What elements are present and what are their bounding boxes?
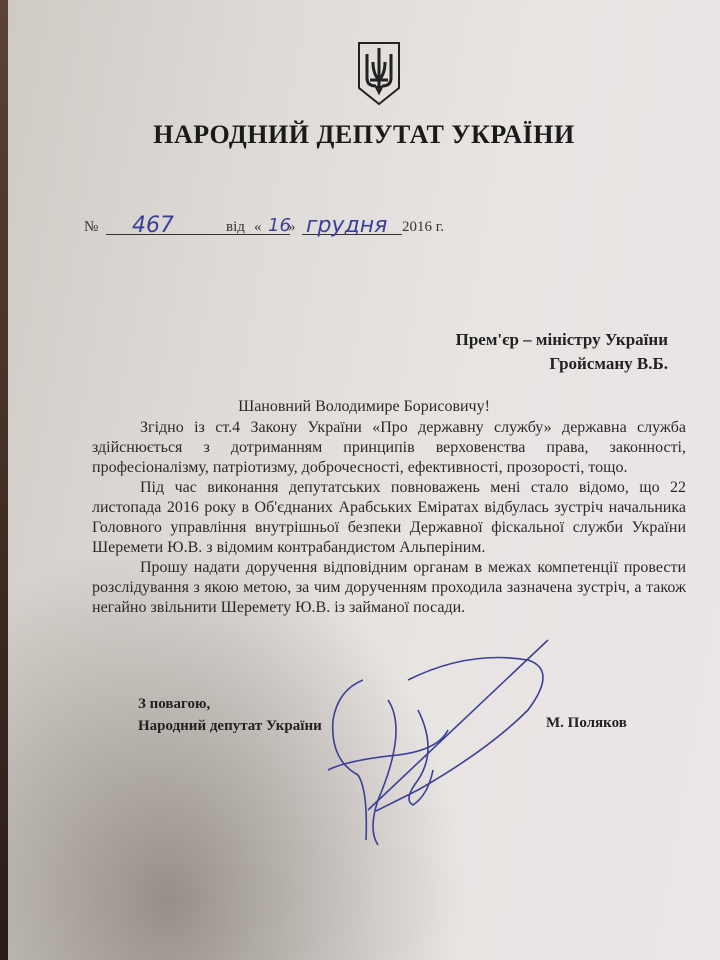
month-value: грудня: [306, 213, 387, 238]
year-label: 2016 г.: [402, 219, 444, 236]
desk-background: [0, 0, 8, 960]
paragraph-1: Згідно із ст.4 Закону України «Про держа…: [92, 418, 686, 478]
number-label: №: [84, 219, 98, 236]
closing-block: З повагою, Народний депутат України: [138, 693, 322, 737]
closing-title: Народний депутат України: [138, 715, 322, 737]
letterhead-title: НАРОДНИЙ ДЕПУТАТ УКРАЇНИ: [8, 120, 720, 150]
trident-coat-of-arms-icon: [356, 40, 402, 108]
closing-regards: З повагою,: [138, 693, 322, 715]
registration-line: № 467 від « 16 » грудня 2016 г.: [84, 212, 444, 242]
addressee-block: Прем'єр – міністру України Гройсману В.Б…: [456, 328, 668, 376]
greeting: Шановний Володимире Борисовичу!: [8, 398, 720, 416]
date-from-label: від: [226, 219, 245, 236]
paragraph-2: Під час виконання депутатських повноваже…: [92, 478, 686, 558]
registration-number: 467: [132, 213, 174, 238]
addressee-position: Прем'єр – міністру України: [456, 328, 668, 352]
day-open-quote: «: [254, 219, 262, 236]
paragraph-3: Прошу надати доручення відповідним орган…: [92, 558, 686, 618]
addressee-name: Гройсману В.Б.: [456, 352, 668, 376]
letter-body: Згідно із ст.4 Закону України «Про держа…: [92, 418, 686, 618]
handwritten-signature: [308, 610, 608, 850]
letter-page: НАРОДНИЙ ДЕПУТАТ УКРАЇНИ № 467 від « 16 …: [8, 0, 720, 960]
day-close-quote: »: [288, 219, 296, 236]
